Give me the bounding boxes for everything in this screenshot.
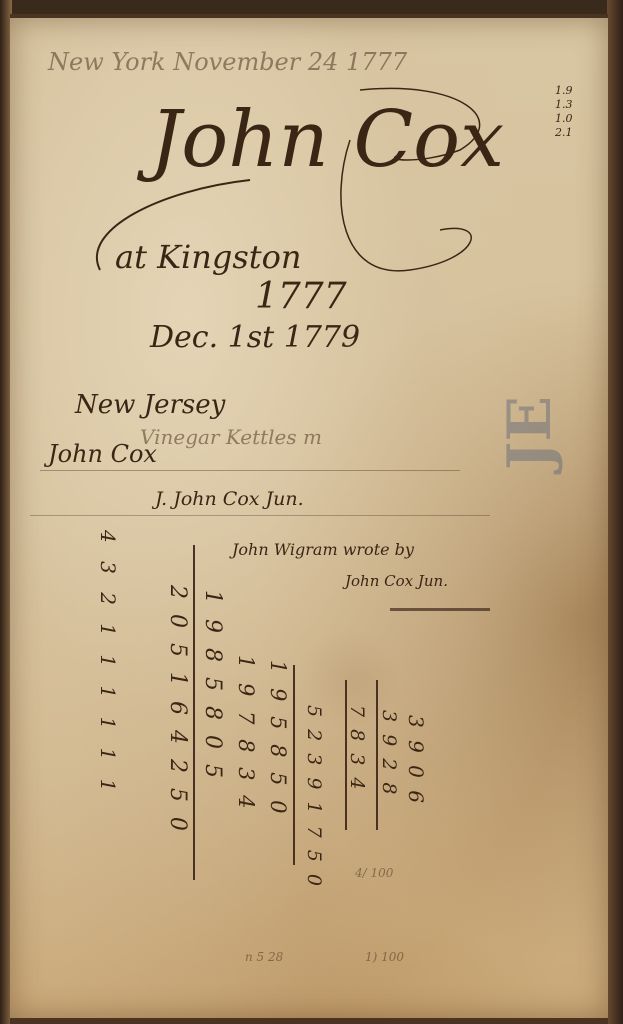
faint-line: Vinegar Kettles m	[140, 425, 322, 449]
calc-column: 1 9 8 5 8 0 5	[200, 590, 225, 782]
margin-numbers: 1.9 1.3 1.0 2.1	[555, 84, 573, 140]
calc-column: 1 9 7 8 3 4	[234, 655, 258, 813]
wigram-line: John Wigram wrote by	[232, 540, 414, 559]
margin-number: 1.3	[555, 98, 573, 112]
tally-mark: 1	[96, 654, 120, 673]
wigram-signature: John Cox Jun.	[345, 572, 448, 590]
tally-mark: 1	[96, 623, 120, 642]
calc-column: 3 9 0 6	[404, 715, 428, 806]
ruled-line	[40, 470, 460, 471]
book-spine-edge	[607, 0, 623, 1024]
calc-rule	[193, 545, 195, 880]
tally-mark: 1	[96, 748, 120, 767]
ink-stroke	[390, 608, 490, 611]
ruled-line	[30, 515, 490, 516]
tally-mark: 2	[96, 592, 120, 611]
location-line: at Kingston	[115, 238, 302, 276]
calc-rule	[345, 680, 347, 830]
signature-small: John Cox	[48, 440, 157, 468]
calc-column: 3 9 2 8	[378, 710, 400, 797]
tally-mark: 3	[96, 561, 120, 580]
tally-mark: 1	[96, 685, 120, 704]
margin-number: 1.0	[555, 112, 573, 126]
tally-mark: 4	[96, 530, 120, 549]
calc-column: 2 0 5 1 6 4 2 5 0	[165, 585, 190, 835]
calc-rule	[293, 665, 295, 865]
junior-line: J. John Cox Jun.	[155, 488, 304, 510]
tally-mark: 1	[96, 717, 120, 736]
book-photo: New York November 24 1777 1.9 1.3 1.0 2.…	[0, 0, 623, 1024]
left-tally: 4 3 2 1 1 1 1 1 1	[96, 530, 120, 797]
year-line: 1777	[255, 276, 347, 317]
date-line: Dec. 1st 1779	[150, 320, 360, 355]
faint-note: n 5 28	[245, 950, 283, 964]
faint-note: 4/ 100	[355, 866, 393, 880]
scribble-line: New Jersey	[75, 390, 225, 420]
calc-column: 7 8 3 4	[346, 705, 368, 792]
margin-number: 1.9	[555, 84, 573, 98]
header-line: New York November 24 1777	[48, 48, 407, 76]
calc-rule	[376, 680, 378, 830]
calc-column: 1 9 5 8 5 0	[266, 660, 290, 818]
calc-column: 5 2 3 9 1 7 5 0	[303, 705, 325, 889]
margin-number: 2.1	[555, 126, 573, 140]
faint-note: 1) 100	[365, 950, 404, 964]
side-stamp: JE	[495, 396, 565, 470]
tally-mark: 1	[96, 779, 120, 798]
